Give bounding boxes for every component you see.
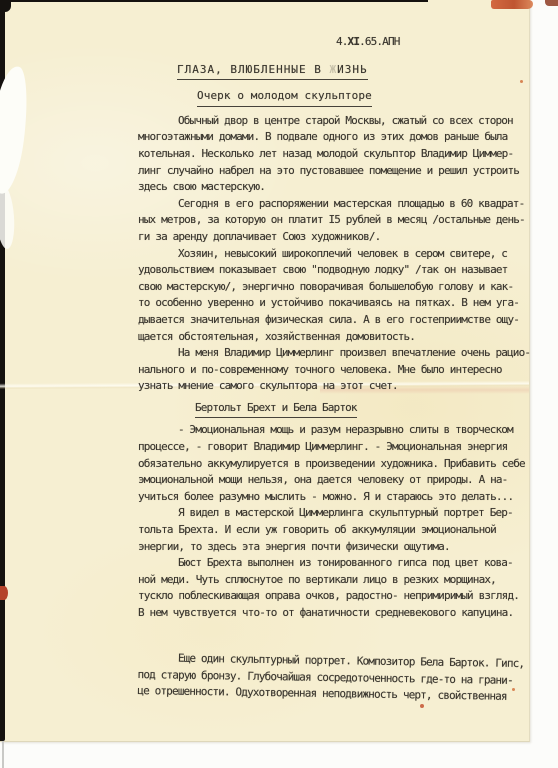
- paragraph: Еще один скульптурный портрет. Композито…: [137, 650, 536, 706]
- document-body: Обычный двор в центре старой Москвы, сжа…: [138, 113, 536, 700]
- date-suffix: .65.АПН: [359, 35, 399, 48]
- paper-top-black-edge: [0, 0, 428, 2]
- torn-white-spot: [0, 65, 33, 196]
- torn-white-spot-small: [0, 184, 16, 249]
- title-faint-letter: Ж: [329, 63, 337, 76]
- paragraph: Сегодня в его распоряжении мастерская пл…: [138, 196, 536, 246]
- scan-background: 4.XI.65.АПН ГЛАЗА, ВЛЮБЛЕННЫЕ В ЖИЗНЬ Оч…: [0, 0, 558, 768]
- red-stain-top-right: [491, 0, 533, 9]
- red-stain-left-edge: [0, 586, 8, 600]
- date-roman-month: XI: [348, 35, 360, 48]
- paragraph: - Эмоциональная мощь и разум неразрывно …: [138, 422, 536, 505]
- section-heading: Бертольт Брехт и Бела Барток: [195, 400, 536, 419]
- scan-edge-artifact: [2, 741, 4, 768]
- paragraph: На меня Владимир Циммерлинг произвел впе…: [138, 345, 536, 395]
- date-prefix: 4.: [336, 35, 348, 48]
- paper-sheet: 4.XI.65.АПН ГЛАЗА, ВЛЮБЛЕННЫЕ В ЖИЗНЬ Оч…: [0, 0, 530, 742]
- paragraph: Я видел в мастерской Циммерлинга скульпт…: [138, 505, 536, 555]
- title-text-tail: ИЗНЬ: [337, 63, 368, 76]
- subtitle-text: Очерк о молодом скульпторе: [197, 88, 372, 107]
- dark-mark-top-right-corner: [545, 0, 558, 6]
- paragraph: Хозяин, невысокий широкоплечий человек в…: [138, 246, 536, 346]
- typewritten-document: 4.XI.65.АПН ГЛАЗА, ВЛЮБЛЕННЫЕ В ЖИЗНЬ Оч…: [138, 34, 536, 699]
- paragraph: Бюст Брехта выполнен из тонированного ги…: [138, 555, 536, 621]
- orange-speck: [420, 704, 424, 708]
- section-heading-text: Бертольт Брехт и Бела Барток: [195, 400, 357, 419]
- document-title: ГЛАЗА, ВЛЮБЛЕННЫЕ В ЖИЗНЬ: [177, 62, 536, 81]
- title-text: ГЛАЗА, ВЛЮБЛЕННЫЕ В: [177, 63, 329, 76]
- paragraph: Обычный двор в центре старой Москвы, сжа…: [138, 113, 536, 196]
- document-subtitle: Очерк о молодом скульпторе: [197, 88, 536, 107]
- dateline: 4.XI.65.АПН: [336, 34, 536, 51]
- top-left-ink-blot: [0, 0, 11, 12]
